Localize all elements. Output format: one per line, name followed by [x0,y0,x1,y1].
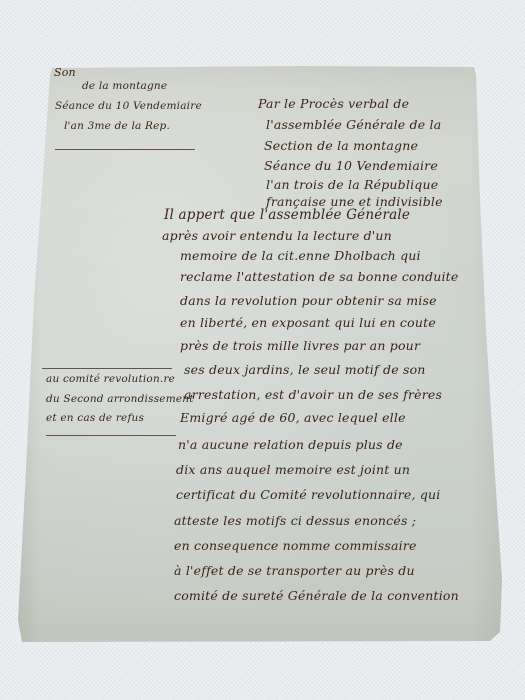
header-right-line: l'assemblée Générale de la [266,117,441,132]
body-line: atteste les motifs ci dessus enoncés ; [174,513,416,528]
header-right-line: Section de la montagne [264,138,418,153]
body-line: memoire de la cit.enne Dholbach qui [180,248,421,263]
header-left-line: Son [54,66,76,79]
header-right-line: Séance du 10 Vendemiaire [264,158,438,173]
margin-divider [46,435,176,436]
body-line: dans la revolution pour obtenir sa mise [180,293,437,308]
body-line: ses deux jardins, le seul motif de son [184,362,426,377]
body-line: certificat du Comité revolutionnaire, qu… [176,487,441,502]
body-line: arrestation, est d'avoir un de ses frère… [184,387,442,402]
body-line: après avoir entendu la lecture d'un [162,228,392,243]
body-line: près de trois mille livres par an pour [180,338,420,353]
header-right-line: l'an trois de la République [266,177,438,192]
header-divider [55,149,195,150]
margin-note-line: au comité revolution.re [46,373,175,385]
header-left-line: l'an 3me de la Rep. [64,120,170,132]
body-line: Il appert que l'assemblée Générale [164,207,410,223]
header-right-line: Par le Procès verbal de [258,96,409,111]
header-left-line: de la montagne [82,80,167,92]
body-line: à l'effet de se transporter au près du [174,563,415,578]
margin-note-line: du Second arrondissement [46,393,194,405]
margin-note-line: et en cas de refus [46,412,144,424]
body-line: Emigré agé de 60, avec lequel elle [180,410,406,425]
body-line: comité de sureté Générale de la conventi… [174,588,459,603]
margin-divider [42,368,172,369]
body-line: n'a aucune relation depuis plus de [178,437,403,452]
body-line: en liberté, en exposant qui lui en coute [180,315,436,330]
body-line: en consequence nomme commissaire [174,538,417,553]
body-line: reclame l'attestation de sa bonne condui… [180,269,459,284]
body-line: dix ans auquel memoire est joint un [176,462,410,477]
header-left-line: Séance du 10 Vendemiaire [55,100,202,112]
